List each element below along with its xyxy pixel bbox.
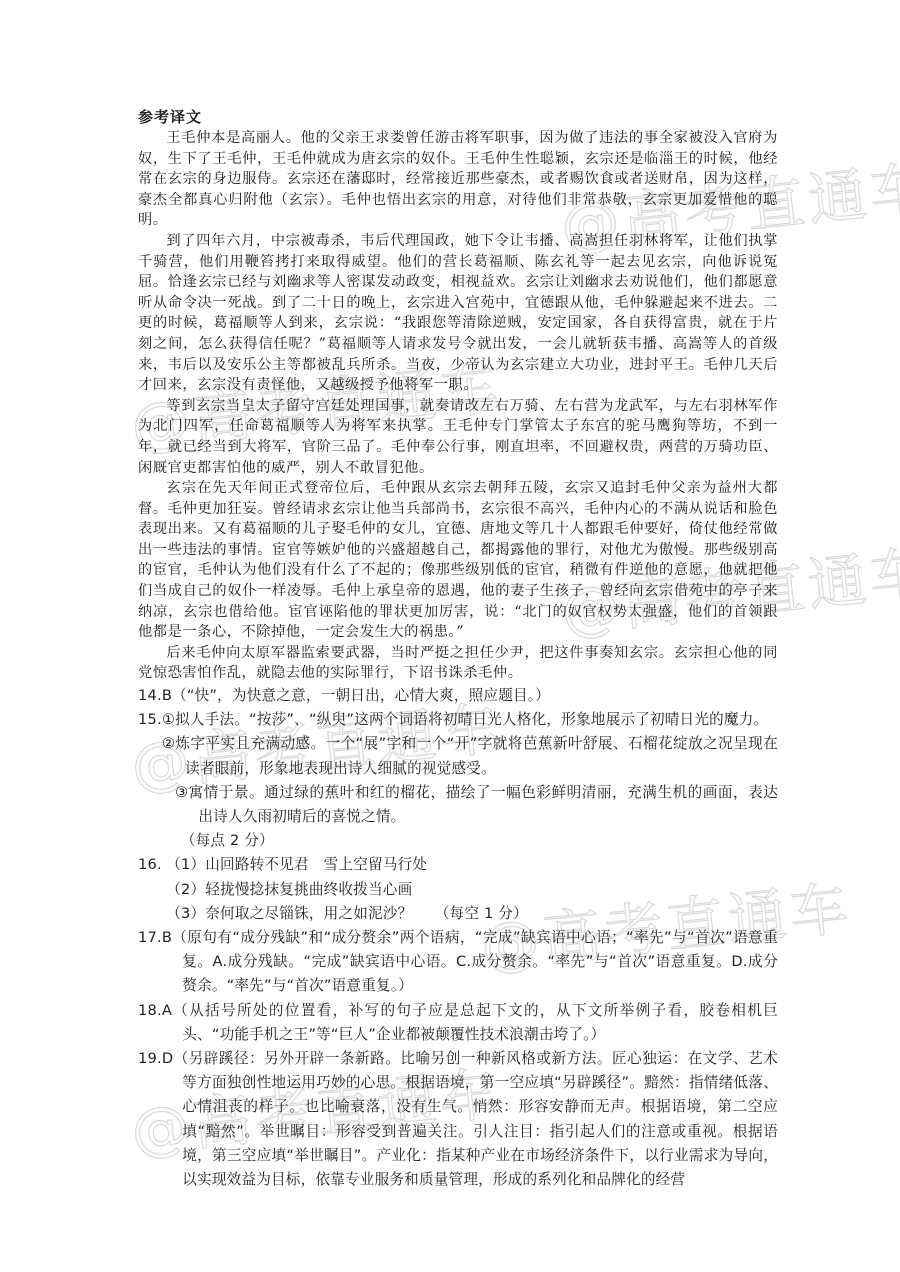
answer-18: 18. A（从括号所处的位置看，补写的句子应是总起下文的，从下文所举例子看，胶卷… [138,999,778,1047]
answer-item: （2）轻拢慢捻抹复挑曲终收拨当心画 [162,878,778,902]
question-number: 19. [138,1047,162,1192]
translation-section: 王毛仲本是高丽人。他的父亲王求娄曾任游击将军职事，因为做了违法的事全家被没入官府… [138,128,778,684]
translation-paragraph: 玄宗在先天年间正式登帝位后，毛仲跟从玄宗去朝拜五陵，玄宗又追封毛仲父亲为益州大都… [138,478,778,643]
answer-item: （3）奈何取之尽锱铢，用之如泥沙？ （每空 1 分） [162,902,778,926]
answer-text: A（从括号所处的位置看，补写的句子应是总起下文的，从下文所举例子看，胶卷相机巨头… [162,999,778,1047]
score-note: （每空 1 分） [435,905,528,922]
translation-paragraph: 到了四年六月，中宗被毒杀，韦后代理国政，她下令让韦播、高嵩担任羽林将军，让他们执… [138,231,778,396]
score-note: （每点 2 分） [162,829,778,853]
translation-paragraph: 等到玄宗当皇太子留守宫廷处理国事，就奏请改左右万骑、左右营为龙武军，与左右羽林军… [138,396,778,478]
question-number: 14. [138,684,162,708]
question-number: 18. [138,999,162,1047]
answer-15: 15. ①拟人手法。“按莎”、“纵臾”这两个词语将初晴日光人格化，形象地展示了初… [138,708,778,853]
answer-point: ③寓情于景。通过绿的蕉叶和红的榴花，描绘了一幅色彩鲜明清丽，充满生机的画面，表达… [162,781,778,829]
answer-17: 17. B（原句有“成分残缺”和“成分赘余”两个语病，“完成”缺宾语中心语；“率… [138,926,778,999]
answer-point: ②炼字平实且充满动感。一个“展”字和一个“开”字就将芭蕉新叶舒展、石榴花绽放之况… [162,732,778,780]
answer-text: B（原句有“成分残缺”和“成分赘余”两个语病，“完成”缺宾语中心语；“率先”与“… [162,926,778,999]
section-title: 参考译文 [138,106,778,128]
answer-text: D（另辟蹊径：另外开辟一条新路。比喻另创一种新风格或新方法。匠心独运：在文学、艺… [162,1047,778,1192]
answer-item: （1）山回路转不见君 雪上空留马行处 [162,853,778,877]
answer-point: ①拟人手法。“按莎”、“纵臾”这两个词语将初晴日光人格化，形象地展示了初晴日光的… [162,708,778,732]
answer-19: 19. D（另辟蹊径：另外开辟一条新路。比喻另创一种新风格或新方法。匠心独运：在… [138,1047,778,1192]
answer-14: 14. B（“快”，为快意之意，一朝日出，心情大爽，照应题目。） [138,684,778,708]
question-number: 15. [138,708,162,853]
answer-section: 14. B（“快”，为快意之意，一朝日出，心情大爽，照应题目。） 15. ①拟人… [138,684,778,1192]
question-number: 16. [138,853,162,926]
translation-paragraph: 后来毛仲向太原军器监索要武器，当时严挺之担任少尹，把这件事奏知玄宗。玄宗担心他的… [138,643,778,684]
translation-paragraph: 王毛仲本是高丽人。他的父亲王求娄曾任游击将军职事，因为做了违法的事全家被没入官府… [138,128,778,231]
answer-item-text: （3）奈何取之尽锱铢，用之如泥沙？ [166,905,412,922]
document-page: 参考译文 王毛仲本是高丽人。他的父亲王求娄曾任游击将军职事，因为做了违法的事全家… [138,106,778,1192]
question-number: 17. [138,926,162,999]
answer-text: B（“快”，为快意之意，一朝日出，心情大爽，照应题目。） [162,684,778,708]
answer-16: 16. （1）山回路转不见君 雪上空留马行处 （2）轻拢慢捻抹复挑曲终收拨当心画… [138,853,778,926]
